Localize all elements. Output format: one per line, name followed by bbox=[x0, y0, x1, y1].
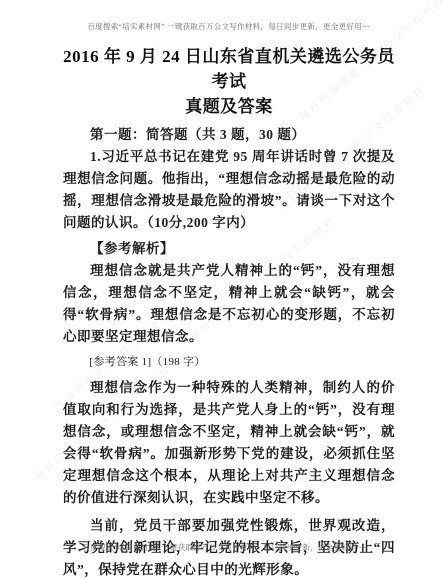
exam-title-line2: 真题及答案 bbox=[63, 94, 395, 119]
header-note: 百度搜索“培实素材网” 一键获取百万公文写作材料，每日同步更新，更全更好用~~ bbox=[63, 22, 395, 32]
section-heading: 第一题：简答题（共 3 题，30 题） bbox=[63, 124, 395, 146]
document-page: 每日同步更新 百万公文写作材料 每日同步更新 百万公文写作材料 每日同步更新 百… bbox=[0, 0, 448, 580]
footer-note: 百度搜索“培实素材网” 一键获取百万公文写作材料，每日同步更新，更全更好用~~ bbox=[0, 543, 448, 553]
exam-title: 2016 年 9 月 24 日山东省直机关遴选公务员考试 真题及答案 bbox=[63, 44, 395, 119]
question-paragraph: 1.习近平总书记在建党 95 周年讲话时曾 7 次提及理想信念问题。他指出，“理… bbox=[63, 146, 395, 234]
answer-label: [参考答案 1]（198 字） bbox=[63, 352, 395, 373]
document-content: 百度搜索“培实素材网” 一键获取百万公文写作材料，每日同步更新，更全更好用~~ … bbox=[0, 0, 448, 580]
analysis-label: 【参考解析】 bbox=[63, 238, 395, 260]
answer-paragraph-1: 理想信念作为一种特殊的人类精神，制约人的价值取向和行为选择，是共产党人身上的“钙… bbox=[63, 377, 395, 509]
exam-title-line1: 2016 年 9 月 24 日山东省直机关遴选公务员考试 bbox=[63, 44, 395, 94]
analysis-paragraph: 理想信念就是共产党人精神上的“钙”，没有理想信念，理想信念不坚定，精神上就会“缺… bbox=[63, 260, 395, 348]
